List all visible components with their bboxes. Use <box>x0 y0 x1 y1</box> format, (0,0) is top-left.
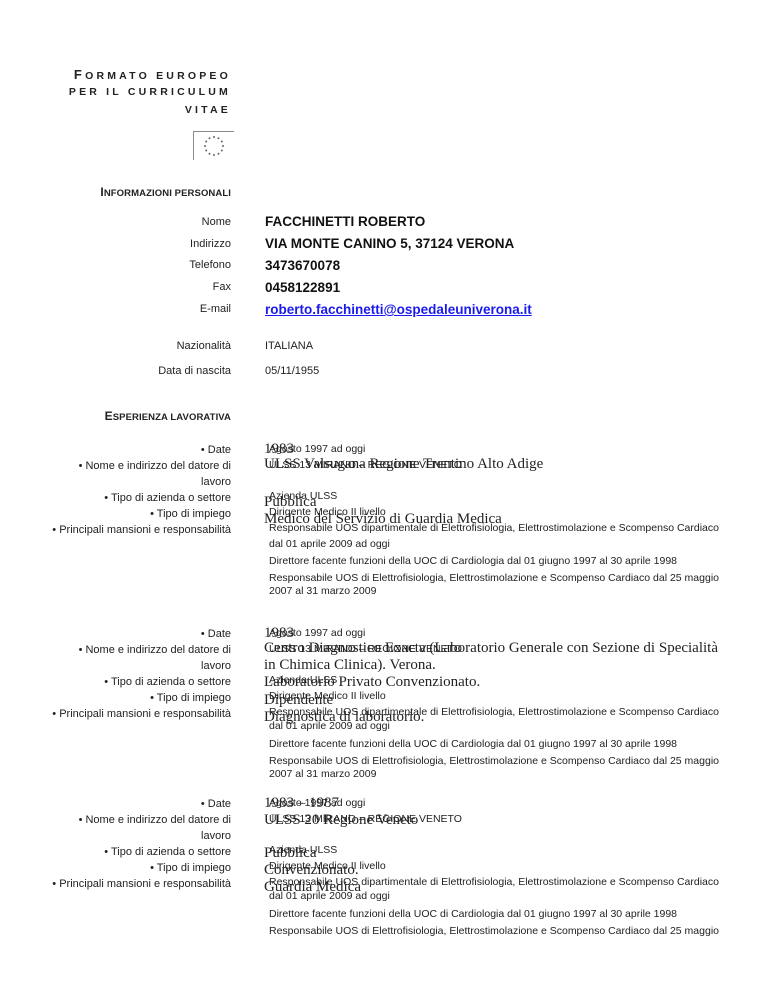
label-sector: • Tipo di azienda o settore <box>104 844 231 860</box>
label-job-type: • Tipo di impiego <box>150 860 231 876</box>
sector-sans: Azienda ULSS <box>269 674 337 687</box>
job-type-sans: Dirigente Medico II livello <box>269 690 386 703</box>
duty-3: Responsabile UOS di Elettrofisiologia, E… <box>269 925 719 938</box>
duty-1-since: dal 01 aprile 2009 ad oggi <box>269 890 390 903</box>
date-sans: Agosto 1997 ad oggi <box>269 443 365 456</box>
value-nazionalita: ITALIANA <box>265 340 313 352</box>
sector-sans: Azienda ULSS <box>269 490 337 503</box>
eu-stars-icon <box>202 135 226 157</box>
label-employer-cont: lavoro <box>201 474 231 490</box>
duty-1-since: dal 01 aprile 2009 ad oggi <box>269 538 390 551</box>
section-title-personal-info: INFORMAZIONI PERSONALI <box>100 185 231 199</box>
label-indirizzo: Indirizzo <box>190 238 231 250</box>
label-employer: • Nome e indirizzo del datore di <box>79 458 231 474</box>
job-type-sans: Dirigente Medico II livello <box>269 860 386 873</box>
label-data-di-nascita: Data di nascita <box>158 365 231 377</box>
cv-header-line-3: VITAE <box>185 105 231 116</box>
eu-flag-icon <box>193 131 234 160</box>
email-link[interactable]: roberto.facchinetti@ospedaleuniverona.it <box>265 302 532 317</box>
label-employer-cont: lavoro <box>201 828 231 844</box>
label-telefono: Telefono <box>189 259 231 271</box>
duty-2: Direttore facente funzioni della UOC di … <box>269 555 677 568</box>
label-date: • Date <box>201 626 231 642</box>
cv-header-line-2: PER IL CURRICULUM <box>69 87 231 98</box>
label-nazionalita: Nazionalità <box>177 340 231 352</box>
date-sans: Agosto 1997 ad oggi <box>269 797 365 810</box>
date-sans: Agosto 1997 ad oggi <box>269 627 365 640</box>
duty-1: Responsabile UOS dipartimentale di Elett… <box>269 522 719 535</box>
label-duties: • Principali mansioni e responsabilità <box>52 706 231 722</box>
label-date: • Date <box>201 442 231 458</box>
duty-3: Responsabile UOS di Elettrofisiologia, E… <box>269 572 739 598</box>
duty-2: Direttore facente funzioni della UOC di … <box>269 908 677 921</box>
value-data-di-nascita: 05/11/1955 <box>265 365 319 377</box>
employer-sans: ULSS 13 MIRANO – REGIONE VENETO <box>269 643 462 656</box>
duty-1: Responsabile UOS dipartimentale di Elett… <box>269 876 719 889</box>
value-telefono: 3473670078 <box>265 258 340 273</box>
employer-sans: ULSS 13 MIRANO – REGIONE VENETO <box>269 813 462 826</box>
label-duties: • Principali mansioni e responsabilità <box>52 876 231 892</box>
label-email: E-mail <box>200 303 231 315</box>
cv-header-line-1: FORMATO EUROPEO <box>74 68 231 82</box>
label-employer: • Nome e indirizzo del datore di <box>79 812 231 828</box>
duty-1: Responsabile UOS dipartimentale di Elett… <box>269 706 719 719</box>
label-date: • Date <box>201 796 231 812</box>
sector-sans: Azienda ULSS <box>269 844 337 857</box>
label-job-type: • Tipo di impiego <box>150 690 231 706</box>
duty-2: Direttore facente funzioni della UOC di … <box>269 738 677 751</box>
duty-3: Responsabile UOS di Elettrofisiologia, E… <box>269 755 739 781</box>
value-indirizzo: VIA MONTE CANINO 5, 37124 VERONA <box>265 236 514 251</box>
employer-sans: ULSS 13 MIRANO – REGIONE VENETO <box>269 459 462 472</box>
label-sector: • Tipo di azienda o settore <box>104 490 231 506</box>
label-fax: Fax <box>213 281 231 293</box>
value-nome: FACCHINETTI ROBERTO <box>265 214 425 229</box>
section-title-experience: ESPERIENZA LAVORATIVA <box>105 409 231 423</box>
label-nome: Nome <box>202 216 231 228</box>
value-fax: 0458122891 <box>265 280 340 295</box>
label-employer: • Nome e indirizzo del datore di <box>79 642 231 658</box>
label-employer-cont: lavoro <box>201 658 231 674</box>
job-type-sans: Dirigente Medico II livello <box>269 506 386 519</box>
label-duties: • Principali mansioni e responsabilità <box>52 522 231 538</box>
label-job-type: • Tipo di impiego <box>150 506 231 522</box>
duty-1-since: dal 01 aprile 2009 ad oggi <box>269 720 390 733</box>
label-sector: • Tipo di azienda o settore <box>104 674 231 690</box>
